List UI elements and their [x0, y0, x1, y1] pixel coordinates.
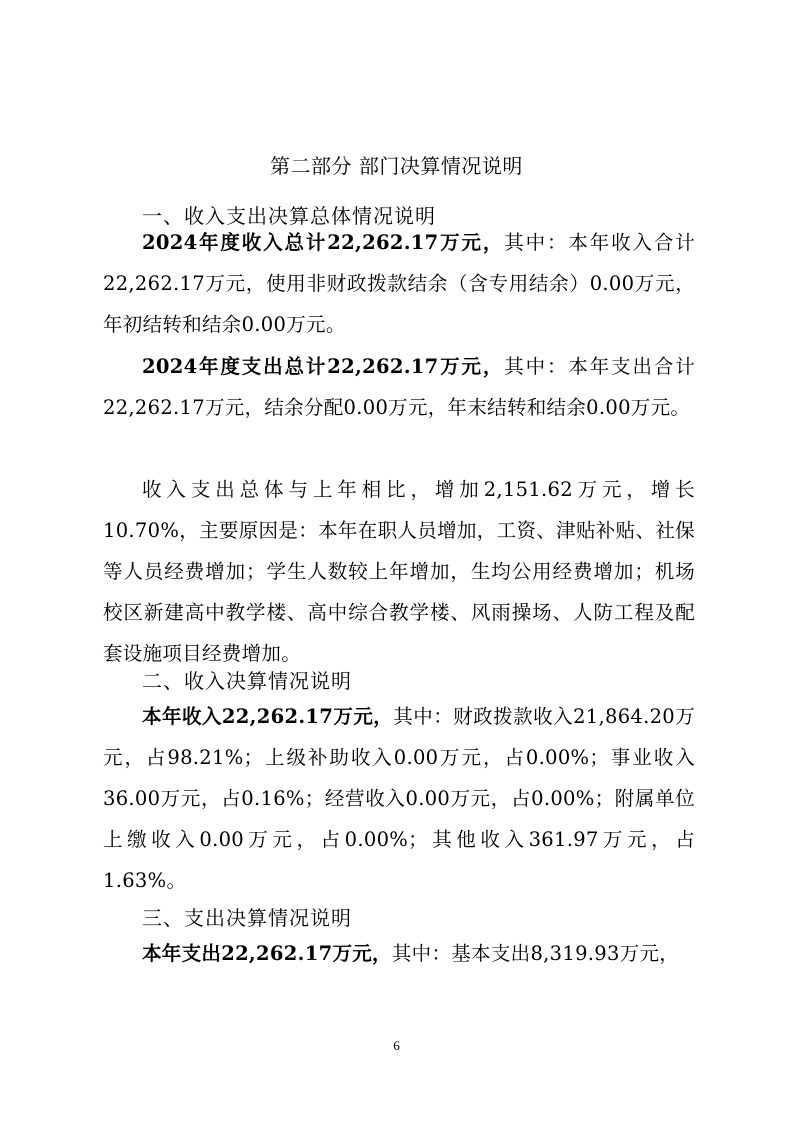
document-page: 第二部分 部门决算情况说明 一、收入支出决算总体情况说明 2024年度收入总计2… [0, 0, 793, 1122]
paragraph-income-breakdown: 本年收入22,262.17万元，其中：财政拨款收入21,864.20万元，占98… [103, 696, 695, 901]
paragraph-body: 其中：财政拨款收入21,864.20万元，占98.21%；上级补助收入0.00万… [103, 705, 695, 892]
paragraph-bold-lead: 2024年度收入总计22,262.17万元， [142, 231, 504, 254]
paragraph-bold-lead: 本年支出22,262.17万元， [142, 942, 392, 965]
section-heading-2: 二、收入决算情况说明 [142, 665, 352, 694]
page-title: 第二部分 部门决算情况说明 [0, 150, 793, 179]
paragraph-body: 收入支出总体与上年相比，增加2,151.62万元，增长10.70%，主要原因是：… [103, 478, 695, 665]
section-heading-3: 三、支出决算情况说明 [142, 902, 352, 931]
page-number: 6 [0, 1038, 793, 1054]
paragraph-income-total: 2024年度收入总计22,262.17万元，其中：本年收入合计22,262.17… [103, 222, 695, 345]
paragraph-year-comparison: 收入支出总体与上年相比，增加2,151.62万元，增长10.70%，主要原因是：… [103, 469, 695, 674]
paragraph-bold-lead: 本年收入22,262.17万元， [142, 705, 393, 728]
paragraph-expense-total: 2024年度支出总计22,262.17万元，其中：本年支出合计22,262.17… [103, 346, 695, 428]
paragraph-expense-breakdown: 本年支出22,262.17万元，其中：基本支出8,319.93万元， [103, 933, 695, 974]
paragraph-body: 其中：基本支出8,319.93万元， [392, 942, 679, 965]
paragraph-bold-lead: 2024年度支出总计22,262.17万元， [142, 355, 504, 378]
